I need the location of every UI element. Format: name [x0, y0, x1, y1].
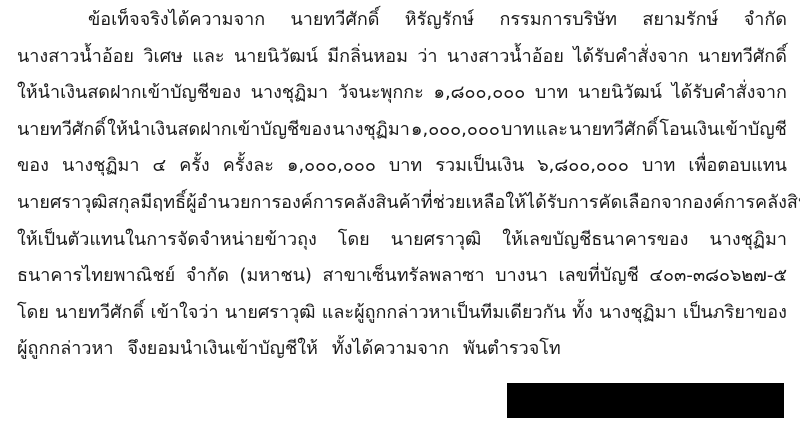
- word: ว่า: [417, 39, 437, 76]
- word: นางสาวน้ำอ้อย: [447, 39, 564, 76]
- word: เป็นภริยาของ: [683, 295, 787, 332]
- word: ครั้ง: [179, 148, 210, 185]
- word: ของ: [17, 148, 49, 185]
- word: เลขที่บัญชี: [558, 258, 638, 295]
- word: วิเศษ: [143, 39, 183, 76]
- word: วัจนะพุกกะ: [338, 75, 424, 112]
- word: ให้เลขบัญชีธนาคารของ: [502, 222, 688, 259]
- word: นางสาวน้ำอ้อย: [17, 39, 134, 76]
- word: เพื่อตอบแทน: [688, 148, 787, 185]
- paragraph-line-3: ให้นำเงินสดฝากเข้าบัญชีของ นางชุฏิมา วัจ…: [17, 75, 787, 112]
- word: นายศราวุฒิ: [17, 185, 108, 222]
- word: นายทวีศักดิ์: [290, 2, 379, 39]
- word: รวมเป็นเงิน: [435, 148, 524, 185]
- document-body: ข้อเท็จจริงได้ความจาก นายทวีศักดิ์ หิรัญ…: [17, 2, 787, 368]
- word: บาท: [535, 75, 568, 112]
- word: โดย: [338, 222, 370, 259]
- paragraph-line-8: ธนาคารไทยพาณิชย์ จำกัด (มหาชน) สาขาเซ็นท…: [17, 258, 787, 295]
- word: ข้อเท็จจริงได้ความจาก: [88, 2, 265, 39]
- word: บาท: [501, 112, 534, 149]
- word: นายศราวุฒิ: [391, 222, 482, 259]
- word: ได้รับคำสั่งจาก: [573, 39, 688, 76]
- word: และ: [192, 39, 224, 76]
- word: ทั้งได้ความจาก: [332, 331, 449, 368]
- word: บาท: [389, 148, 422, 185]
- amount: ๑,๘๐๐,๐๐๐: [434, 75, 526, 112]
- amount: ๑,๐๐๐,๐๐๐: [411, 112, 500, 149]
- word: จำกัด: [744, 2, 787, 39]
- word: นายศราวุฒิ: [225, 295, 316, 332]
- word: จึงยอมนำเงินเข้าบัญชีให้: [127, 331, 317, 368]
- word: ผู้อำนวยการองค์การคลังสินค้าที่ช่วยเหลือ…: [186, 185, 800, 222]
- word: สกุลมีฤทธิ์: [108, 185, 187, 222]
- word: ครั้งละ: [223, 148, 274, 185]
- word: นายนิวัฒน์: [578, 75, 662, 112]
- account-number: ๔๐๓-๓๘๐๖๒๗-๕: [649, 258, 787, 295]
- word: (มหาชน): [240, 258, 312, 295]
- word: ทั้ง: [572, 295, 593, 332]
- word: ให้เป็นตัวแทนในการจัดจำหน่ายข้าวถุง: [17, 222, 317, 259]
- word: จำกัด: [186, 258, 229, 295]
- paragraph-line-1: ข้อเท็จจริงได้ความจาก นายทวีศักดิ์ หิรัญ…: [17, 2, 787, 39]
- word: สาขาเซ็นทรัลพลาซา: [323, 258, 485, 295]
- redaction-box: [507, 383, 784, 418]
- paragraph-line-10: ผู้ถูกกล่าวหา จึงยอมนำเงินเข้าบัญชีให้ ท…: [17, 331, 787, 368]
- word: หิรัญรักษ์: [405, 2, 474, 39]
- word: นางชุฏิมา: [62, 148, 139, 185]
- amount: ๖,๘๐๐,๐๐๐: [537, 148, 629, 185]
- paragraph-line-6: นายศราวุฒิ สกุลมีฤทธิ์ ผู้อำนวยการองค์กา…: [17, 185, 787, 222]
- word: นายทวีศักดิ์: [569, 112, 658, 149]
- word: ให้นำเงินสดฝากเข้าบัญชีของ: [107, 112, 331, 149]
- word: ได้รับคำสั่งจาก: [672, 75, 787, 112]
- paragraph-line-5: ของ นางชุฏิมา ๔ ครั้ง ครั้งละ ๑,๐๐๐,๐๐๐ …: [17, 148, 787, 185]
- word: และ: [536, 112, 568, 149]
- word: ผู้ถูกกล่าวหา: [17, 331, 113, 368]
- word: โอนเงินเข้าบัญชี: [659, 112, 787, 149]
- word: และผู้ถูกกล่าวหาเป็นทีมเดียวกัน: [322, 295, 566, 332]
- word: นายทวีศักดิ์: [698, 39, 787, 76]
- word: เข้าใจว่า: [150, 295, 218, 332]
- word: นายนิวัฒน์: [234, 39, 318, 76]
- word: นางชุฏิมา: [599, 295, 676, 332]
- word: นางชุฏิมา: [709, 222, 786, 259]
- word: บาท: [642, 148, 675, 185]
- number: ๔: [153, 148, 167, 185]
- word: มีกลิ่นหอม: [327, 39, 408, 76]
- word: กรรมการบริษัท: [499, 2, 617, 39]
- word: ธนาคารไทยพาณิชย์: [17, 258, 175, 295]
- paragraph-line-4: นายทวีศักดิ์ ให้นำเงินสดฝากเข้าบัญชีของ …: [17, 112, 787, 149]
- word: โดย: [17, 295, 49, 332]
- word: บางนา: [495, 258, 548, 295]
- amount: ๑,๐๐๐,๐๐๐: [287, 148, 376, 185]
- word: พันตำรวจโท: [463, 331, 561, 368]
- word: สยามรักษ์: [642, 2, 718, 39]
- word: นายทวีศักดิ์: [55, 295, 144, 332]
- word: นางชุฏิมา: [251, 75, 328, 112]
- paragraph-line-7: ให้เป็นตัวแทนในการจัดจำหน่ายข้าวถุง โดย …: [17, 222, 787, 259]
- paragraph-line-2: นางสาวน้ำอ้อย วิเศษ และ นายนิวัฒน์ มีกลิ…: [17, 39, 787, 76]
- word: นายทวีศักดิ์: [17, 112, 106, 149]
- word: นางชุฏิมา: [332, 112, 409, 149]
- word: ให้นำเงินสดฝากเข้าบัญชีของ: [17, 75, 241, 112]
- paragraph-line-9: โดย นายทวีศักดิ์ เข้าใจว่า นายศราวุฒิ แล…: [17, 295, 787, 332]
